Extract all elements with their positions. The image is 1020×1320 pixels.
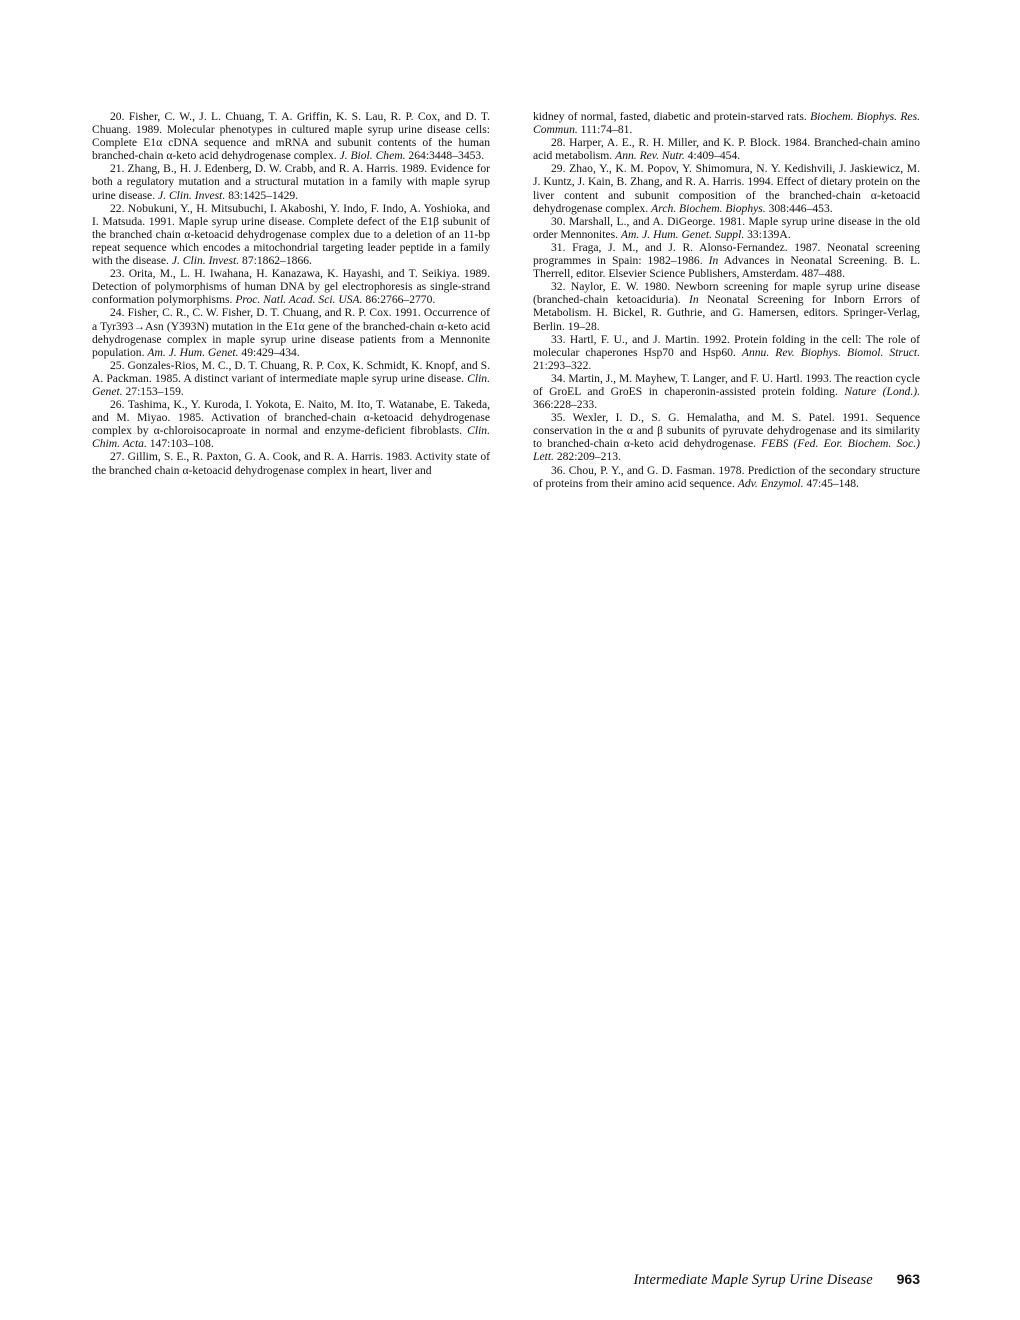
reference-citation: 27:153–159. xyxy=(123,385,184,398)
reference-citation: 147:103–108. xyxy=(147,437,214,450)
reference-citation: 111:74–81. xyxy=(578,123,633,136)
journal-name: J. Clin. Invest. xyxy=(158,189,225,202)
page-number: 963 xyxy=(897,1271,920,1287)
reference-30: 30. Marshall, L., and A. DiGeorge. 1981.… xyxy=(533,215,920,241)
reference-text: 27. Gillim, S. E., R. Paxton, G. A. Cook… xyxy=(92,450,490,476)
reference-citation: 308:446–453. xyxy=(766,202,833,215)
reference-28: 28. Harper, A. E., R. H. Miller, and K. … xyxy=(533,136,920,162)
reference-citation: 83:1425–1429. xyxy=(225,189,298,202)
reference-33: 33. Hartl, F. U., and J. Martin. 1992. P… xyxy=(533,333,920,372)
journal-name: Nature (Lond.). xyxy=(844,385,920,398)
reference-27-continued: kidney of normal, fasted, diabetic and p… xyxy=(533,110,920,136)
reference-citation: 47:45–148. xyxy=(804,477,859,490)
reference-text: kidney of normal, fasted, diabetic and p… xyxy=(533,110,810,123)
reference-34: 34. Martin, J., M. Mayhew, T. Langer, an… xyxy=(533,372,920,411)
reference-text: 36. Chou, P. Y., and G. D. Fasman. 1978.… xyxy=(533,464,920,490)
reference-citation: 21:293–322. xyxy=(533,359,591,372)
reference-25: 25. Gonzales-Rios, M. C., D. T. Chuang, … xyxy=(92,359,490,398)
reference-21: 21. Zhang, B., H. J. Edenberg, D. W. Cra… xyxy=(92,162,490,201)
reference-36: 36. Chou, P. Y., and G. D. Fasman. 1978.… xyxy=(533,464,920,490)
journal-name: Ann. Rev. Nutr. xyxy=(615,149,685,162)
journal-name: Annu. Rev. Biophys. Biomol. Struct. xyxy=(742,346,920,359)
journal-name: J. Clin. Invest. xyxy=(172,254,239,267)
references-column-left: 20. Fisher, C. W., J. L. Chuang, T. A. G… xyxy=(92,110,490,477)
page-footer: Intermediate Maple Syrup Urine Disease 9… xyxy=(620,1271,920,1289)
reference-32: 32. Naylor, E. W. 1980. Newborn screenin… xyxy=(533,280,920,332)
reference-citation: 87:1862–1866. xyxy=(239,254,312,267)
reference-citation: 49:429–434. xyxy=(239,346,300,359)
journal-name: Proc. Natl. Acad. Sci. USA. xyxy=(235,293,362,306)
journal-name: Arch. Biochem. Biophys. xyxy=(651,202,766,215)
journal-name: In xyxy=(709,254,719,267)
reference-22: 22. Nobukuni, Y., H. Mitsubuchi, I. Akab… xyxy=(92,202,490,267)
reference-27: 27. Gillim, S. E., R. Paxton, G. A. Cook… xyxy=(92,450,490,476)
reference-29: 29. Zhao, Y., K. M. Popov, Y. Shimomura,… xyxy=(533,162,920,214)
reference-24: 24. Fisher, C. R., C. W. Fisher, D. T. C… xyxy=(92,306,490,358)
journal-name: J. Biol. Chem. xyxy=(340,149,406,162)
running-title: Intermediate Maple Syrup Urine Disease xyxy=(633,1272,872,1289)
reference-35: 35. Wexler, I. D., S. G. Hemalatha, and … xyxy=(533,411,920,463)
reference-citation: 86:2766–2770. xyxy=(363,293,436,306)
journal-name: In xyxy=(689,293,699,306)
journal-name: Am. J. Hum. Genet. Suppl. xyxy=(621,228,744,241)
reference-citation: 264:3448–3453. xyxy=(406,149,485,162)
reference-text: 26. Tashima, K., Y. Kuroda, I. Yokota, E… xyxy=(92,398,490,437)
reference-31: 31. Fraga, J. M., and J. R. Alonso-Ferna… xyxy=(533,241,920,280)
journal-name: Adv. Enzymol. xyxy=(738,477,804,490)
reference-20: 20. Fisher, C. W., J. L. Chuang, T. A. G… xyxy=(92,110,490,162)
reference-citation: 33:139A. xyxy=(744,228,790,241)
references-column-right: kidney of normal, fasted, diabetic and p… xyxy=(533,110,920,490)
journal-name: Am. J. Hum. Genet. xyxy=(147,346,238,359)
reference-26: 26. Tashima, K., Y. Kuroda, I. Yokota, E… xyxy=(92,398,490,450)
reference-text: 25. Gonzales-Rios, M. C., D. T. Chuang, … xyxy=(92,359,490,385)
reference-23: 23. Orita, M., L. H. Iwahana, H. Kanazaw… xyxy=(92,267,490,306)
reference-citation: 4:409–454. xyxy=(685,149,740,162)
reference-citation: 282:209–213. xyxy=(554,450,621,463)
reference-citation: 366:228–233. xyxy=(533,398,597,411)
